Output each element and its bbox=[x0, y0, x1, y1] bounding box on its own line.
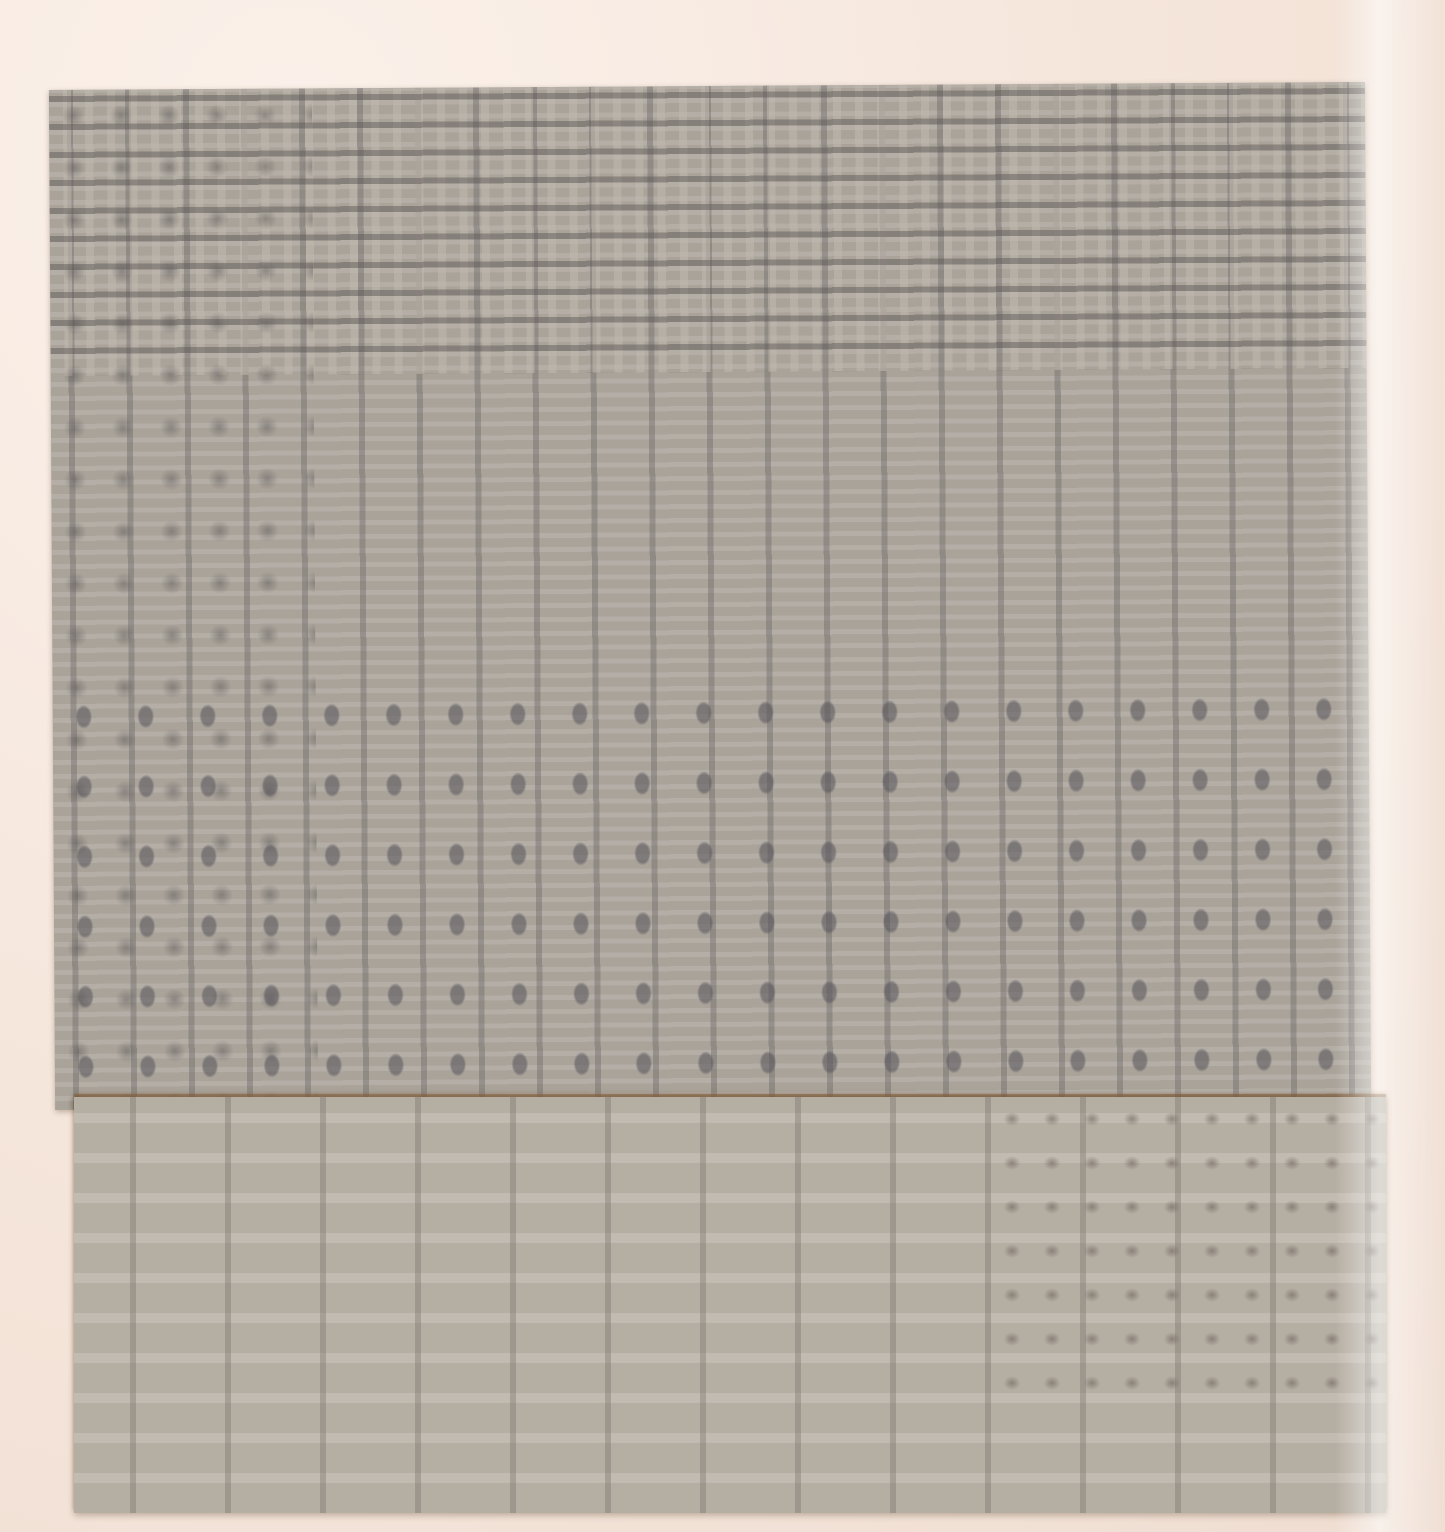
fold-right-motifs bbox=[992, 1097, 1386, 1397]
rug-main-panel bbox=[49, 82, 1371, 1110]
plastic-sheet-overlay bbox=[1335, 0, 1445, 1532]
rug-folded-end bbox=[74, 1097, 1386, 1513]
rug-ornamental-band bbox=[53, 674, 1372, 1110]
